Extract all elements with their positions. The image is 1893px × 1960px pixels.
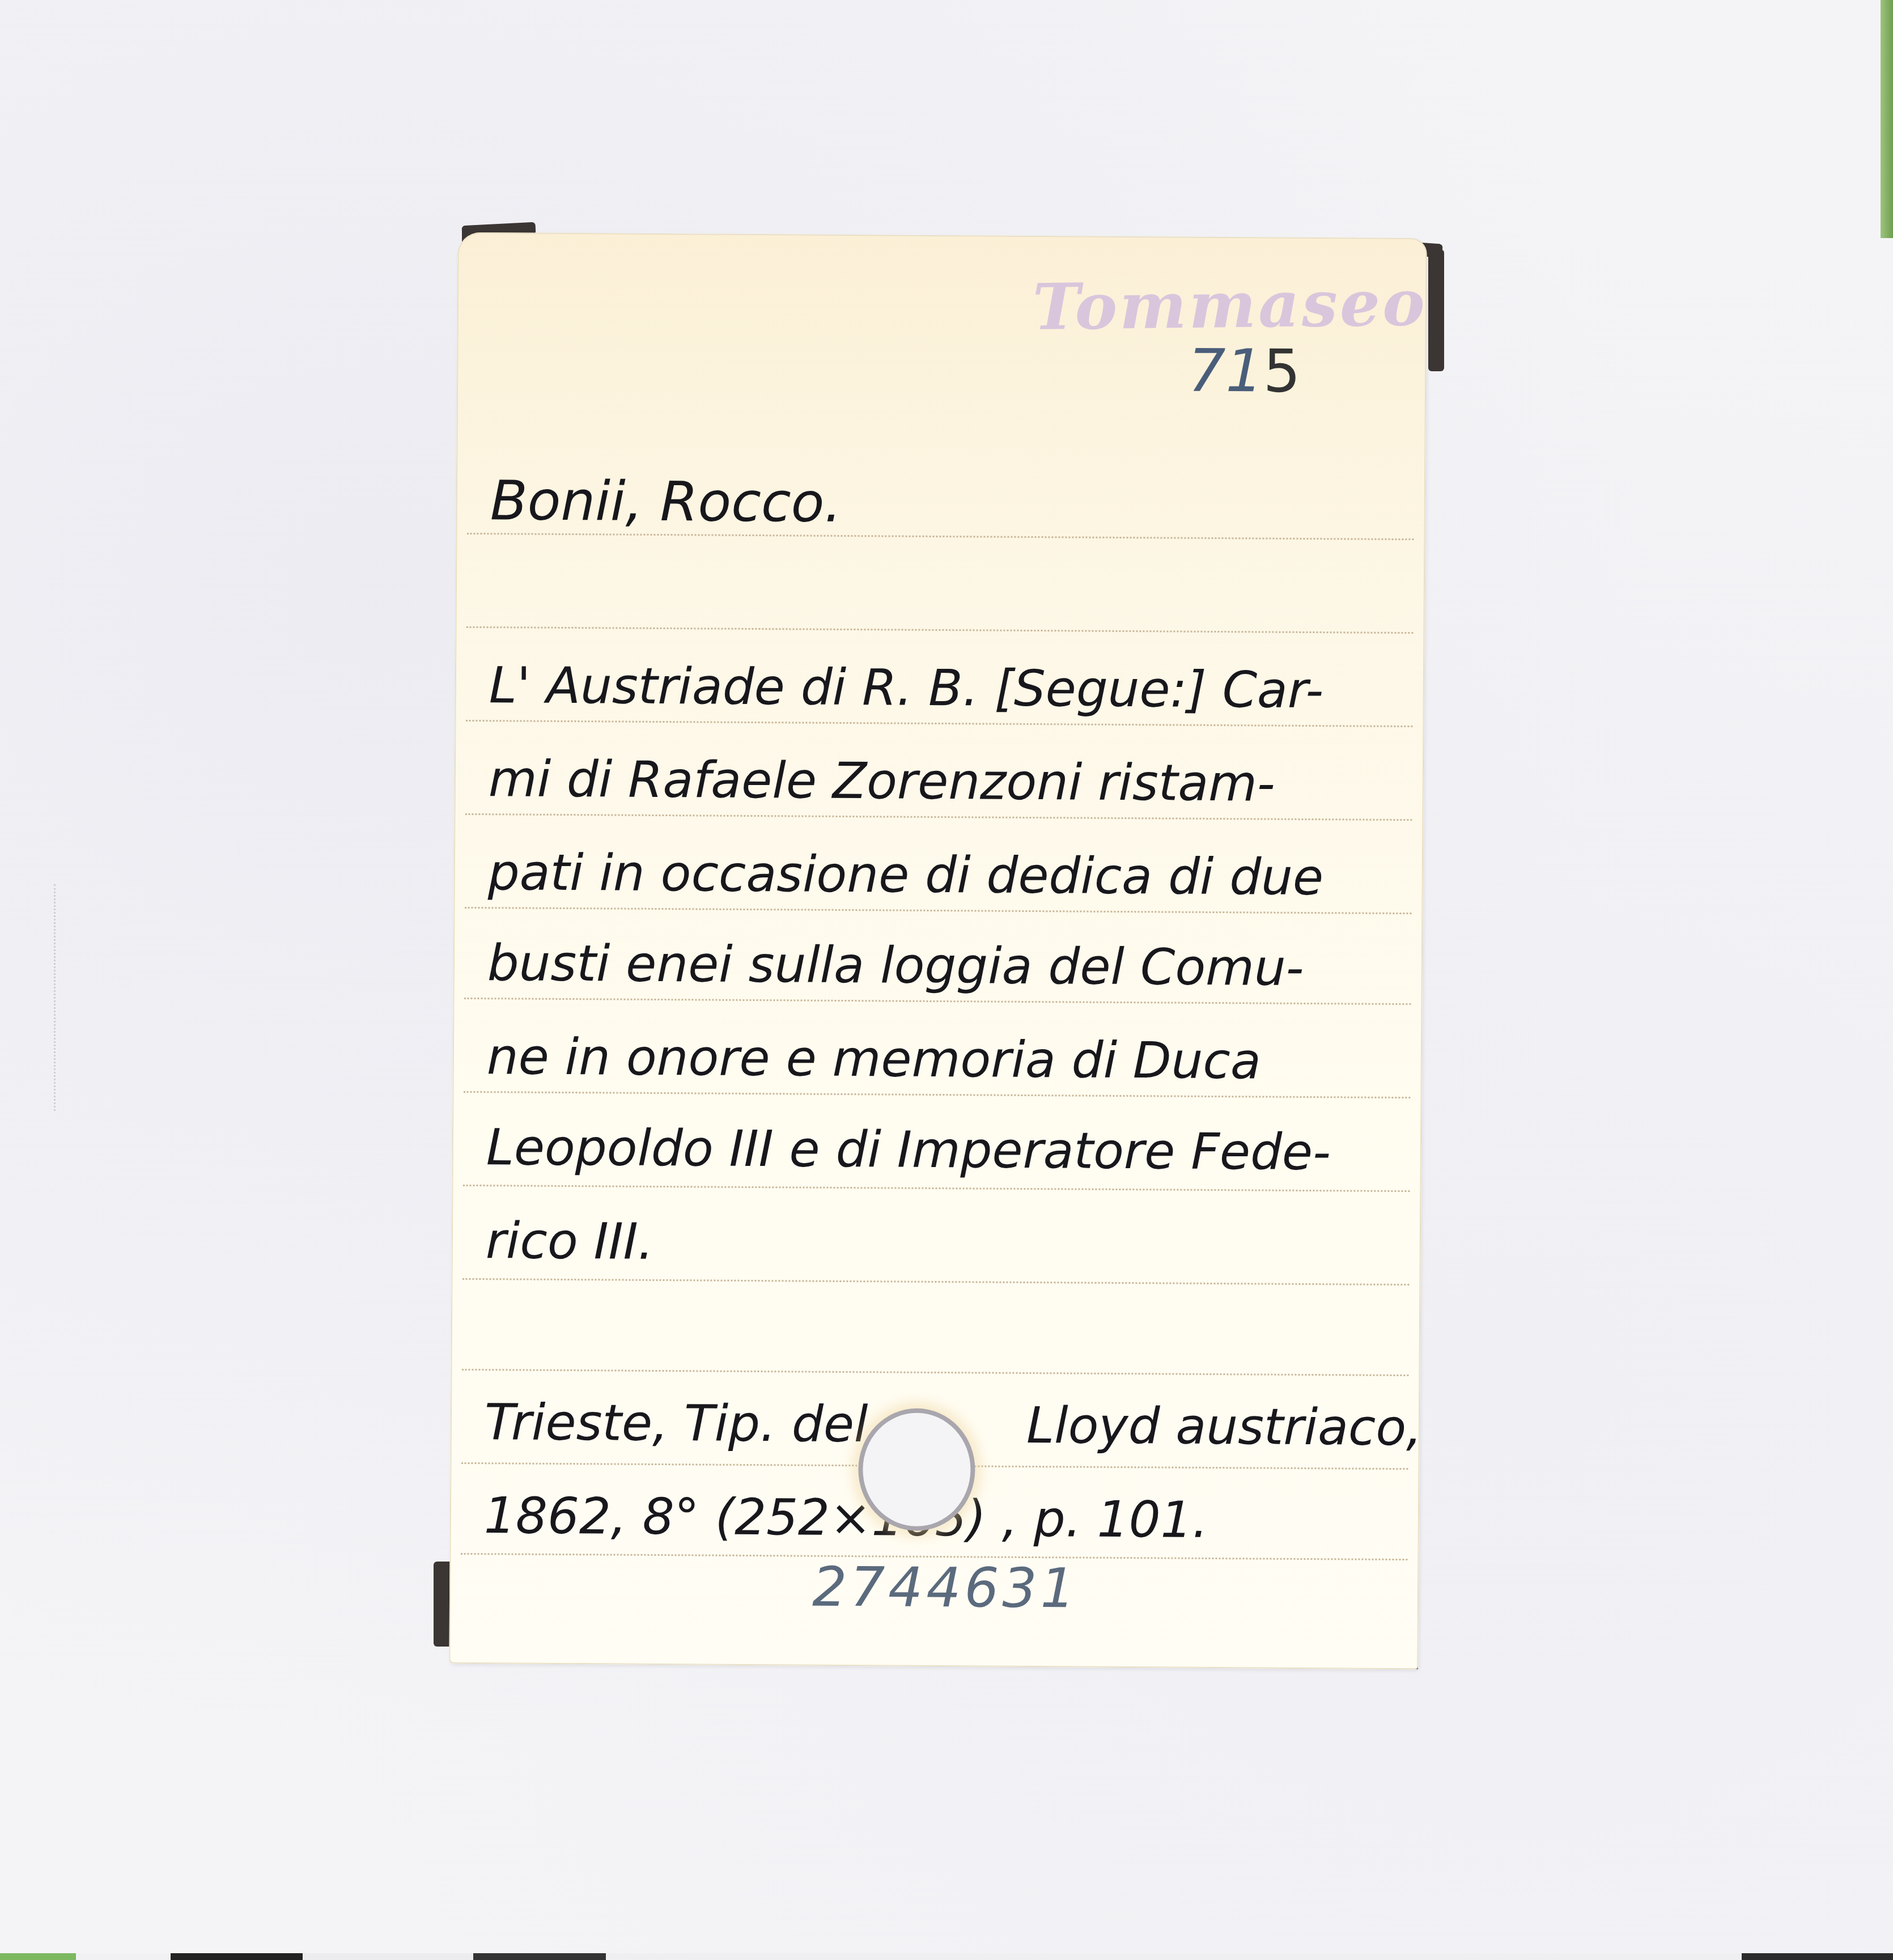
title-line: L' Austriade di R. B. [Segue:] Car-: [489, 660, 1324, 715]
ruled-line: [462, 1278, 1409, 1286]
author-heading: Bonii, Rocco.: [490, 473, 842, 530]
title-line: ne in onore e memoria di Duca: [487, 1032, 1262, 1086]
title-line: busti enei sulla loggia del Comu-: [487, 938, 1304, 993]
green-edge-strip: [1881, 0, 1893, 238]
title-line: rico III.: [486, 1216, 654, 1267]
shelfmark-handwritten: 71: [1188, 336, 1263, 406]
library-stamp: Tommaseo: [1032, 266, 1427, 345]
ruled-line: [464, 998, 1411, 1005]
ruled-line: [466, 720, 1412, 727]
corner-clip-top-right: [1428, 249, 1444, 371]
ruled-line: [466, 626, 1413, 634]
shelfmark: 715: [1188, 336, 1301, 406]
bottom-scan-edge: [0, 1953, 1893, 1960]
title-line: pati in occasione di dedica di due: [488, 847, 1324, 902]
ruled-line: [465, 907, 1411, 914]
punch-hole: [858, 1408, 975, 1531]
title-line: mi di Rafaele Zorenzoni ristam-: [489, 754, 1275, 808]
ruled-line: [463, 1185, 1410, 1192]
shelfmark-printed: 5: [1263, 336, 1301, 405]
ghost-card-edge: [0, 884, 56, 1111]
ruled-line: [464, 1091, 1410, 1098]
accession-number: 2744631: [812, 1555, 1079, 1620]
ruled-line: [467, 533, 1414, 540]
ruled-line: [462, 1369, 1408, 1376]
imprint-line: 1862, 8° (252×165) , p. 101.: [484, 1491, 1208, 1545]
ruled-line: [465, 813, 1412, 821]
catalog-card: Tommaseo 715 Bonii, Rocco. L' Austriade …: [449, 232, 1427, 1669]
title-line: Leopoldo III e di Imperatore Fede-: [486, 1122, 1331, 1177]
